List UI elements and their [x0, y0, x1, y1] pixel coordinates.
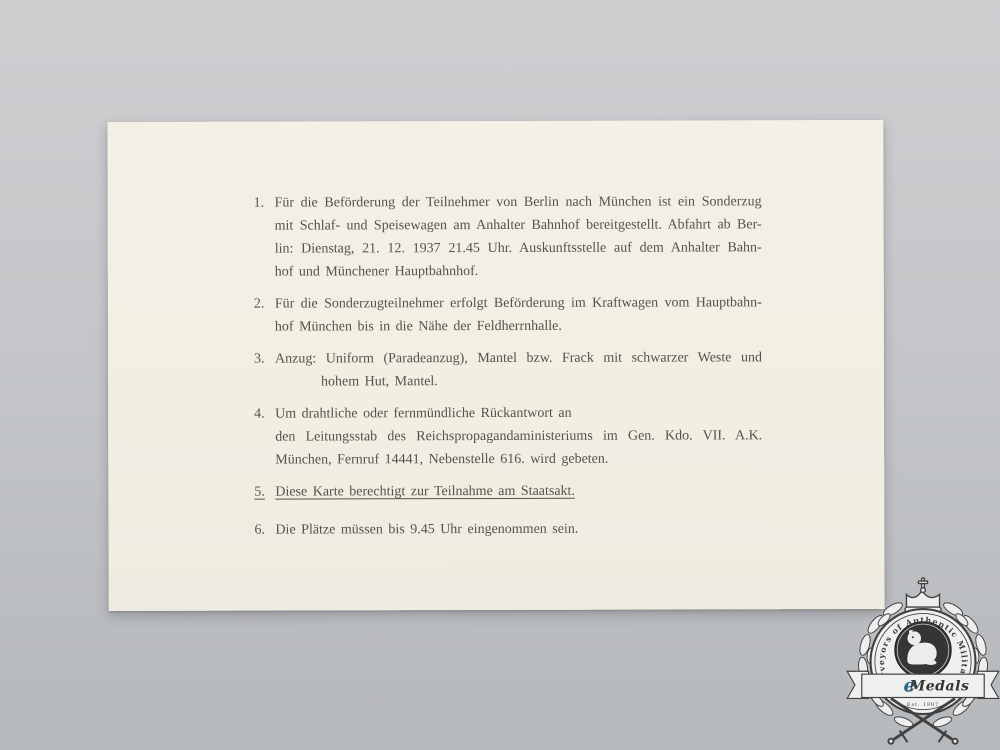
list-item: 1.Für die Beförderung der Teilnehmer von…: [254, 190, 762, 283]
item-line: Diese Karte berechtigt zur Teilnahme am …: [275, 479, 762, 503]
item-line: München, Fernruf 14441, Nebenstelle 616.…: [275, 447, 762, 471]
list-item: 4.Um drahtliche oder fernmündliche Rücka…: [254, 401, 762, 471]
list-item: 5.Diese Karte berechtigt zur Teilnahme a…: [254, 479, 762, 503]
list-item: 2.Für die Sonderzugteilnehmer erfolgt Be…: [254, 291, 762, 338]
card-items: 1.Für die Beförderung der Teilnehmer von…: [254, 190, 763, 550]
item-line: lin: Dienstag, 21. 12. 1937 21.45 Uhr. A…: [275, 236, 762, 260]
item-line: hof und Münchener Hauptbahnhof.: [275, 259, 762, 283]
emedals-watermark-logo: Purveyors of Authentic Militaria e Medal…: [845, 576, 1000, 749]
list-item: 6.Die Plätze müssen bis 9.45 Uhr eingeno…: [254, 517, 762, 541]
photo-background: 1.Für die Beförderung der Teilnehmer von…: [0, 0, 1000, 750]
item-line: Für die Beförderung der Teilnehmer von B…: [275, 190, 762, 214]
item-line: hohem Hut, Mantel.: [321, 369, 762, 393]
item-line: mit Schlaf- und Speisewagen am Anhalter …: [275, 213, 762, 237]
item-number: 4.: [254, 403, 265, 426]
item-number: 2.: [254, 293, 265, 316]
list-item: 3.Anzug: Uniform (Paradeanzug), Mantel b…: [254, 346, 762, 393]
brand-text-medals: Medals: [909, 679, 970, 695]
item-line: Die Plätze müssen bis 9.45 Uhr eingenomm…: [275, 517, 762, 541]
item-number: 1.: [254, 192, 265, 215]
item-line: Anzug: Uniform (Paradeanzug), Mantel bzw…: [275, 346, 762, 370]
item-number: 5.: [254, 481, 265, 504]
item-line: hof München bis in die Nähe der Feldherr…: [275, 314, 762, 338]
item-number: 3.: [254, 348, 265, 371]
document-card: 1.Für die Beförderung der Teilnehmer von…: [107, 120, 884, 611]
item-number: 6.: [254, 519, 265, 542]
item-line: Für die Sonderzugteilnehmer erfolgt Befö…: [275, 291, 762, 315]
est-text: Est. 1987: [907, 702, 939, 708]
item-line: Um drahtliche oder fernmündliche Rückant…: [275, 401, 762, 425]
item-line: den Leitungsstab des Reichspropagandamin…: [275, 424, 762, 448]
